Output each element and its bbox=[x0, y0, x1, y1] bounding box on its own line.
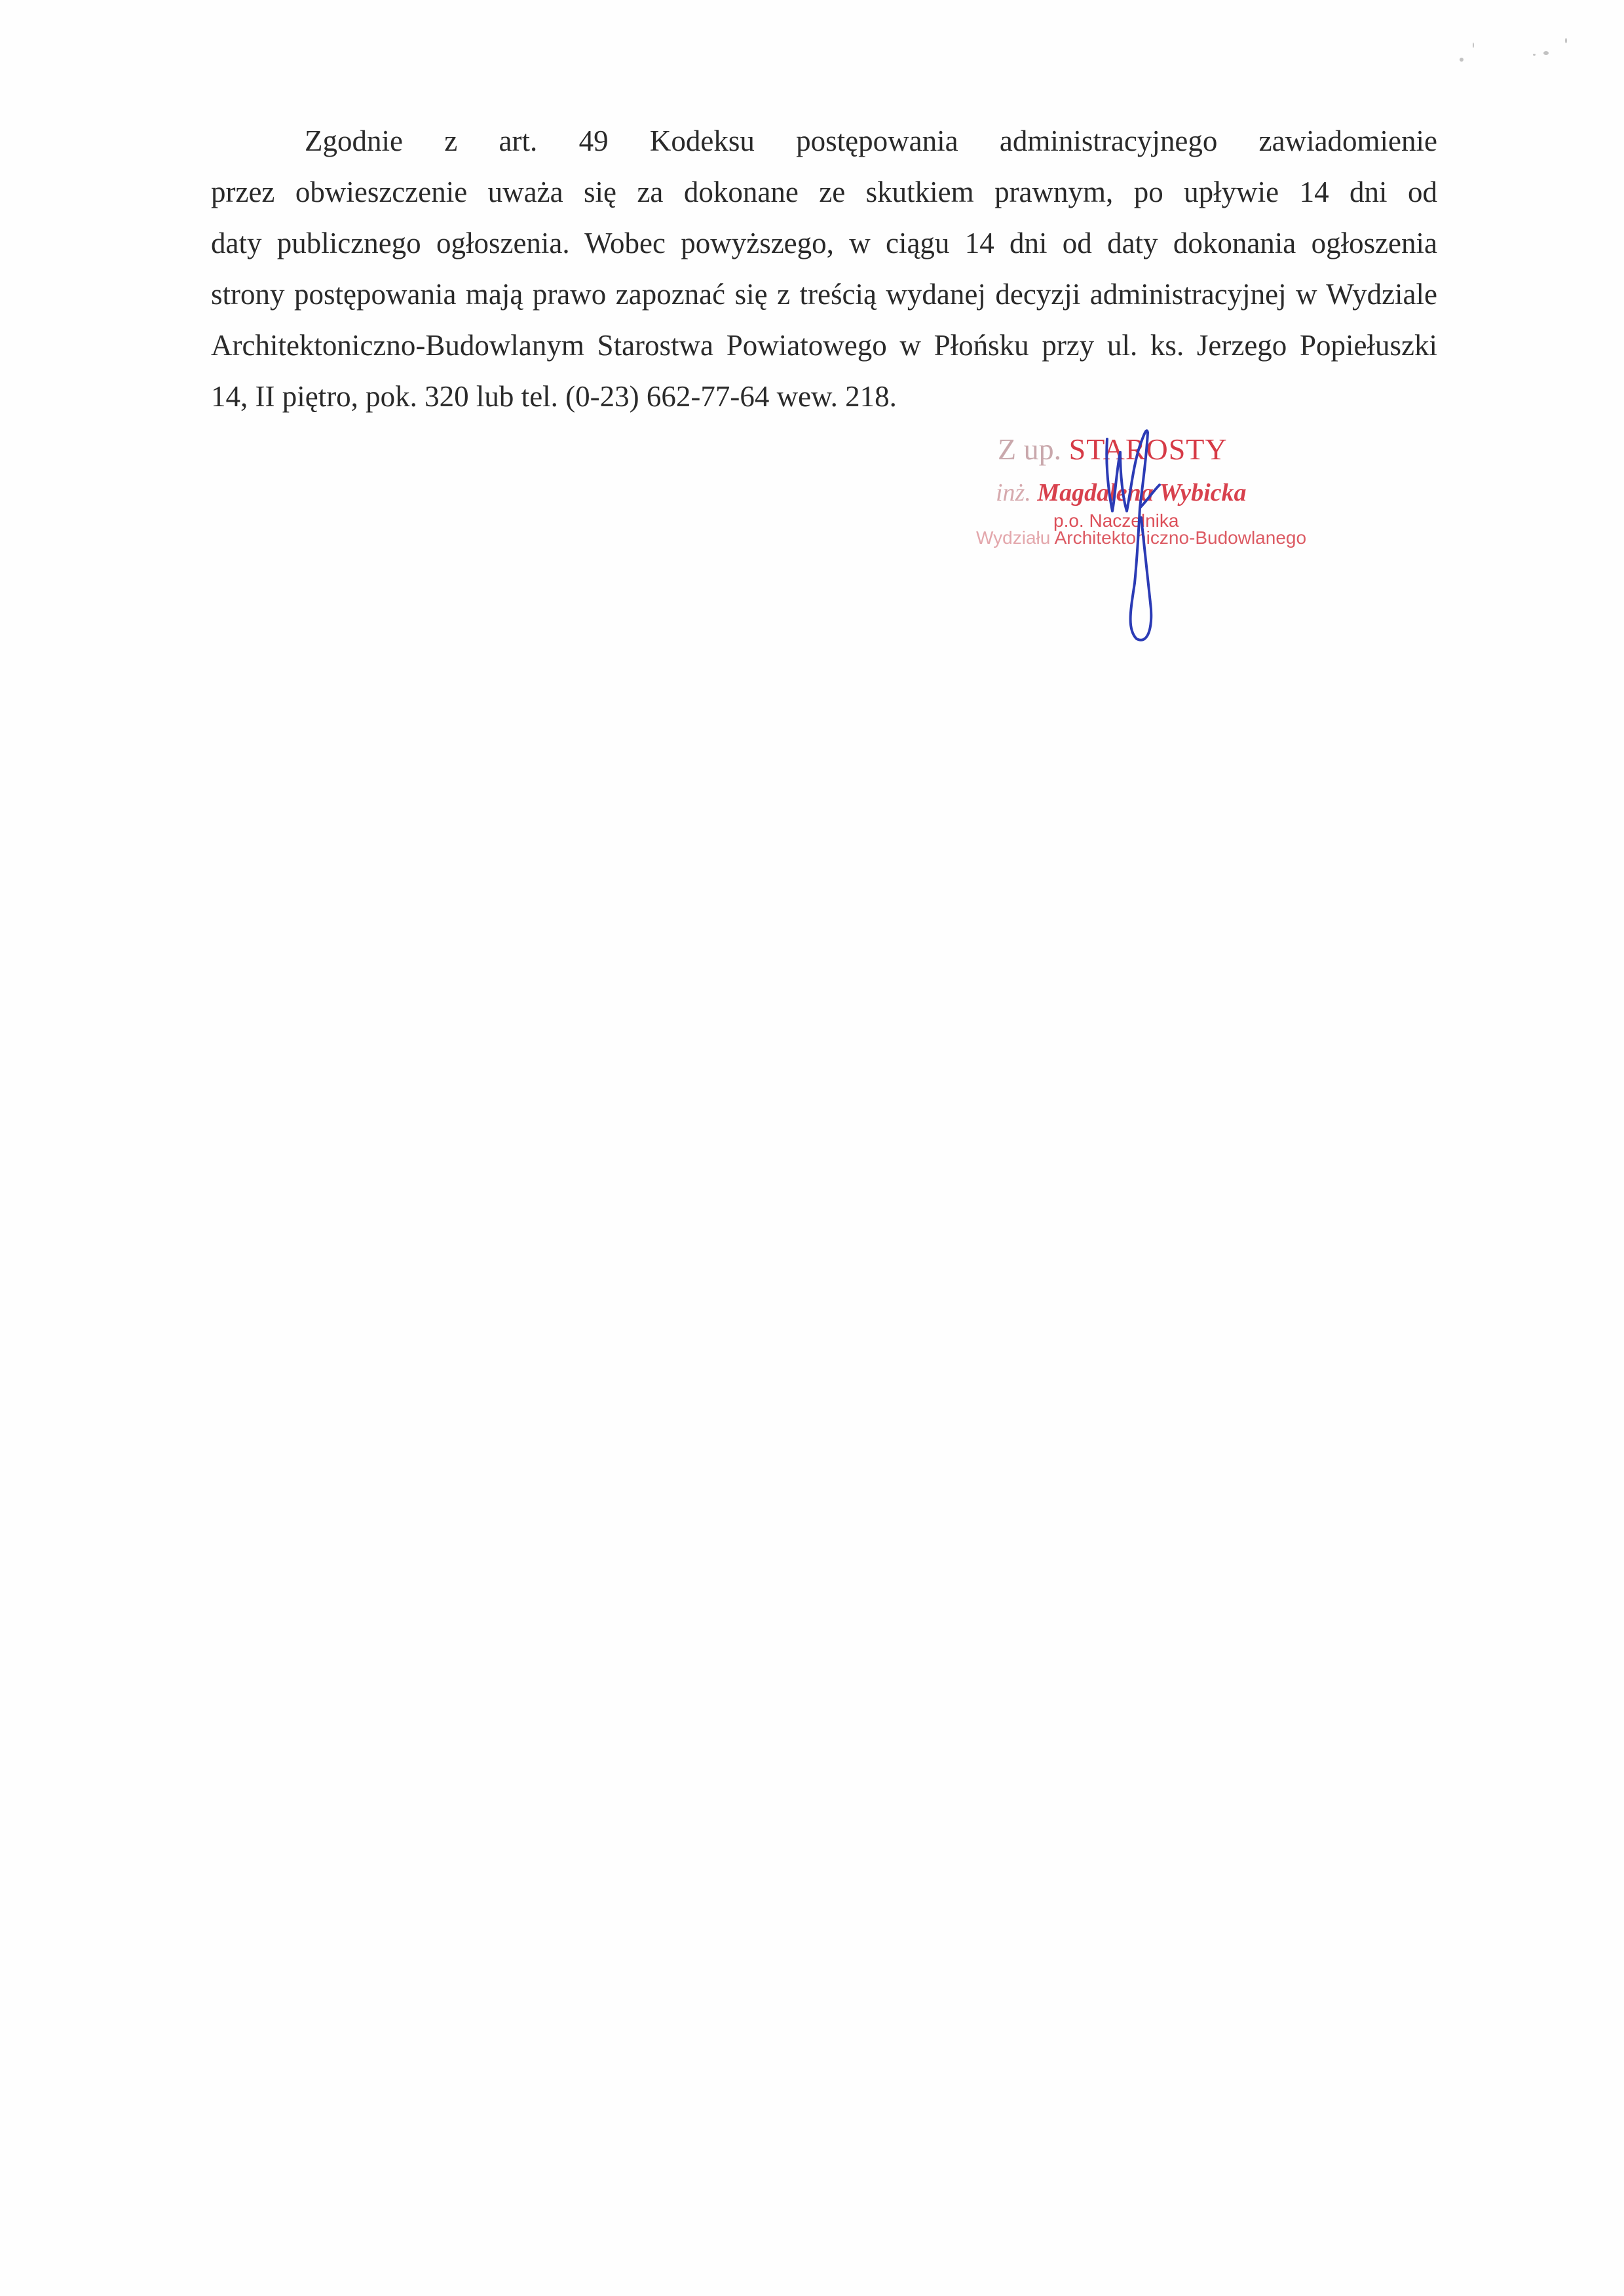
paragraph-line: przez obwieszczenie uważa się za dokonan… bbox=[211, 166, 1437, 218]
scan-speck bbox=[1565, 38, 1567, 43]
paragraph-line: Architektoniczno-Budowlanym Starostwa Po… bbox=[211, 320, 1437, 371]
paragraph-line: Zgodnie z art. 49 Kodeksu postępowania a… bbox=[211, 115, 1437, 166]
paragraph-line: strony postępowania mają prawo zapoznać … bbox=[211, 269, 1437, 320]
stamp-degree: inż. bbox=[996, 479, 1031, 507]
scan-speck bbox=[1533, 54, 1536, 56]
paragraph-line: 14, II piętro, pok. 320 lub tel. (0-23) … bbox=[211, 371, 1437, 422]
scan-speck bbox=[1473, 43, 1474, 48]
stamp-department-prefix: Wydziału bbox=[976, 527, 1050, 548]
document-page: Zgodnie z art. 49 Kodeksu postępowania a… bbox=[0, 0, 1624, 2296]
handwritten-signature bbox=[1087, 413, 1186, 649]
scan-speck bbox=[1460, 58, 1463, 62]
scan-speck bbox=[1543, 51, 1549, 55]
notice-paragraph: Zgodnie z art. 49 Kodeksu postępowania a… bbox=[211, 115, 1437, 422]
paragraph-line: daty publicznego ogłoszenia. Wobec powyż… bbox=[211, 218, 1437, 269]
stamp-prefix: Z up. bbox=[998, 432, 1061, 466]
